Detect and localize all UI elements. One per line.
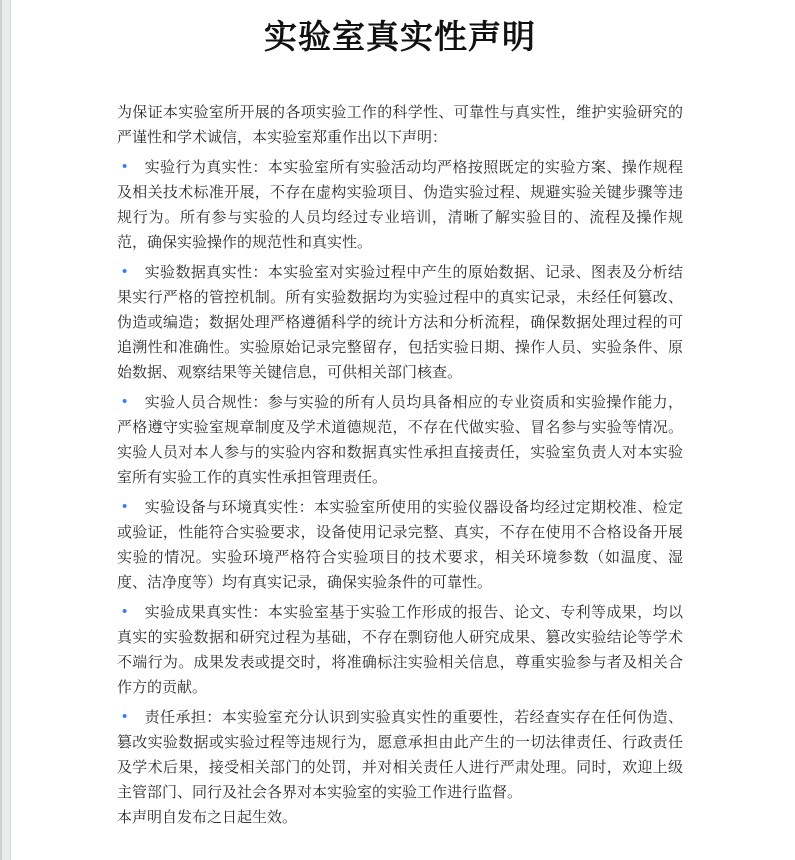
- statement-item: •实验成果真实性：本实验室基于实验工作形成的报告、论文、专利等成果，均以真实的实…: [117, 600, 683, 700]
- bullet-icon: •: [122, 494, 127, 519]
- document-title: 实验室真实性声明: [117, 14, 683, 60]
- statement-item: •责任承担：本实验室充分认识到实验真实性的重要性，若经查实存在任何伪造、篡改实验…: [117, 705, 683, 805]
- bullet-icon: •: [122, 154, 127, 179]
- statement-item: •实验行为真实性：本实验室所有实验活动均严格按照既定的实验方案、操作规程及相关技…: [117, 155, 683, 255]
- statement-item-text: 本实验室对实验过程中产生的原始数据、记录、图表及分析结果实行严格的管控机制。所有…: [117, 264, 683, 381]
- bullet-icon: •: [122, 259, 127, 284]
- closing-paragraph: 本声明自发布之日起生效。: [117, 805, 683, 830]
- statement-item: •实验人员合规性：参与实验的所有人员均具备相应的专业资质和实验操作能力，严格遵守…: [117, 390, 683, 490]
- statement-item-label: 责任承担：: [144, 709, 221, 726]
- intro-paragraph: 为保证本实验室所开展的各项实验工作的科学性、可靠性与真实性，维护实验研究的严谨性…: [117, 100, 683, 150]
- bullet-icon: •: [122, 599, 127, 624]
- statement-list: •实验行为真实性：本实验室所有实验活动均严格按照既定的实验方案、操作规程及相关技…: [117, 155, 683, 805]
- bullet-icon: •: [122, 704, 127, 729]
- page-left-gutter: [0, 0, 11, 860]
- statement-item-label: 实验人员合规性：: [144, 394, 268, 411]
- statement-item-label: 实验行为真实性：: [144, 159, 268, 176]
- statement-item-label: 实验设备与环境真实性：: [144, 499, 314, 516]
- statement-item: •实验设备与环境真实性：本实验室所使用的实验仪器设备均经过定期校准、检定或验证，…: [117, 495, 683, 595]
- statement-item-label: 实验成果真实性：: [144, 604, 268, 621]
- document-page: 实验室真实性声明 为保证本实验室所开展的各项实验工作的科学性、可靠性与真实性，维…: [117, 0, 683, 860]
- statement-item: •实验数据真实性：本实验室对实验过程中产生的原始数据、记录、图表及分析结果实行严…: [117, 260, 683, 385]
- statement-item-label: 实验数据真实性：: [144, 264, 268, 281]
- bullet-icon: •: [122, 389, 127, 414]
